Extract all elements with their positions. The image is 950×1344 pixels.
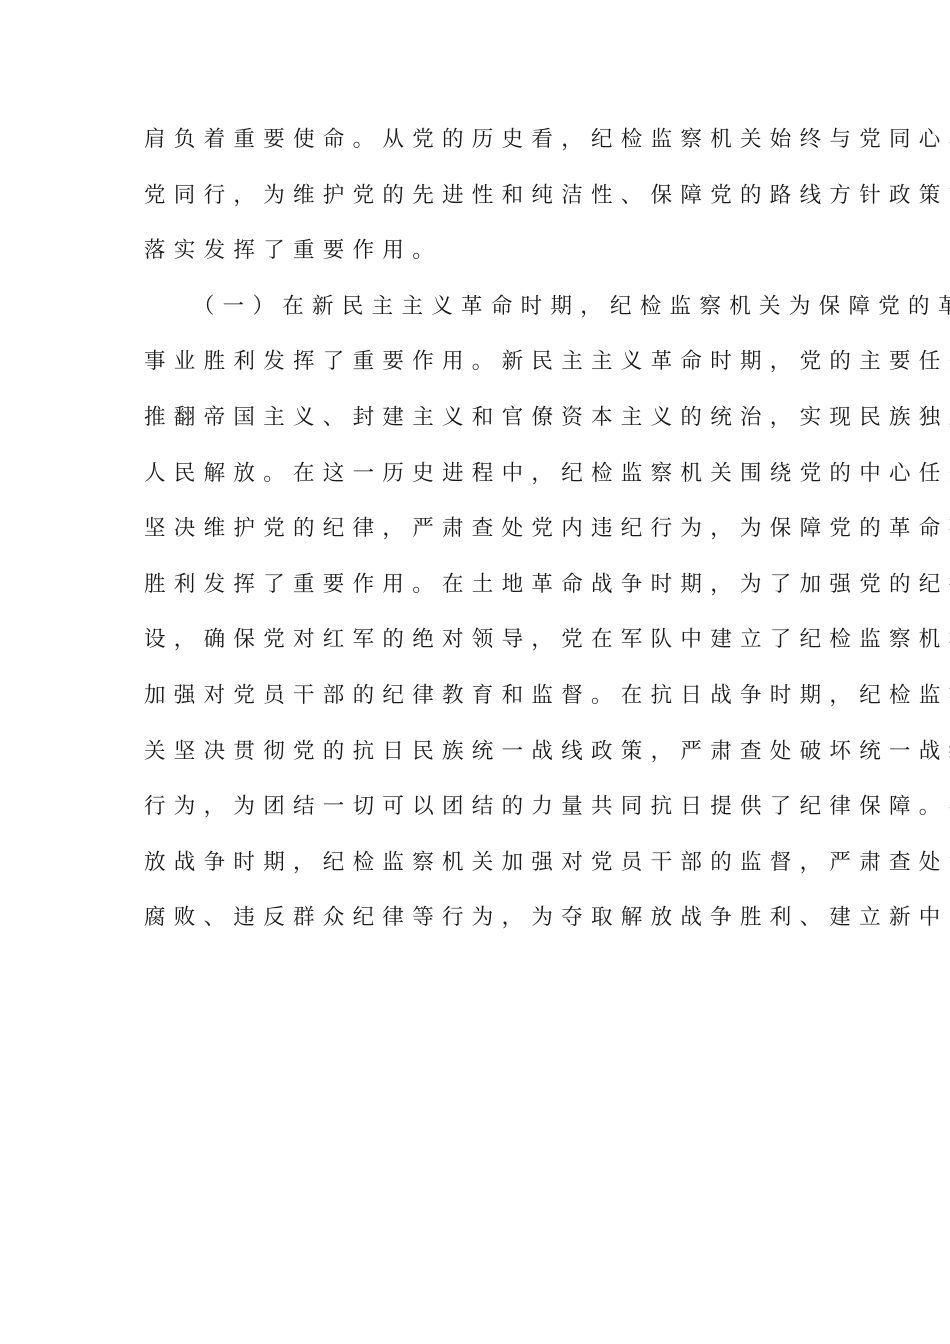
text-line: 关坚决贯彻党的抗日民族统一战线政策，严肃查处破坏统一战线的 bbox=[144, 734, 814, 790]
text-line: 人民解放。在这一历史进程中，纪检监察机关围绕党的中心任务， bbox=[144, 456, 814, 512]
text-line: 肩负着重要使命。从党的历史看，纪检监察机关始终与党同心、与 bbox=[144, 122, 814, 178]
section-heading-line: （一）在新民主主义革命时期，纪检监察机关为保障党的革命 bbox=[144, 289, 814, 345]
text-line: 放战争时期，纪检监察机关加强对党员干部的监督，严肃查处贪污 bbox=[144, 845, 814, 901]
text-line: 事业胜利发挥了重要作用。新民主主义革命时期，党的主要任务是 bbox=[144, 344, 814, 400]
text-line: 腐败、违反群众纪律等行为，为夺取解放战争胜利、建立新中国奠 bbox=[144, 900, 814, 956]
text-line: 落实发挥了重要作用。 bbox=[144, 233, 814, 289]
text-line: 推翻帝国主义、封建主义和官僚资本主义的统治，实现民族独立和 bbox=[144, 400, 814, 456]
document-page: 肩负着重要使命。从党的历史看，纪检监察机关始终与党同心、与 党同行，为维护党的先… bbox=[0, 0, 950, 1344]
text-line: 胜利发挥了重要作用。在土地革命战争时期，为了加强党的纪律建 bbox=[144, 567, 814, 623]
text-line: 党同行，为维护党的先进性和纯洁性、保障党的路线方针政策贯彻 bbox=[144, 178, 814, 234]
text-line: 行为，为团结一切可以团结的力量共同抗日提供了纪律保障。在解 bbox=[144, 789, 814, 845]
text-line: 设，确保党对红军的绝对领导，党在军队中建立了纪检监察机构， bbox=[144, 622, 814, 678]
text-line: 加强对党员干部的纪律教育和监督。在抗日战争时期，纪检监察机 bbox=[144, 678, 814, 734]
body-text: 肩负着重要使命。从党的历史看，纪检监察机关始终与党同心、与 党同行，为维护党的先… bbox=[144, 122, 814, 956]
text-line: 坚决维护党的纪律，严肃查处党内违纪行为，为保障党的革命事业 bbox=[144, 511, 814, 567]
